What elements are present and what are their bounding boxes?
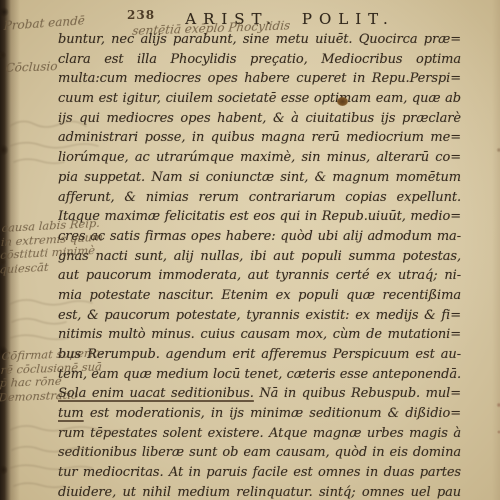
text-segment: tem, eam quæ medium locū tenet, cæteris … (58, 367, 461, 382)
text-line: Sola enim uacat seditionibus. Nā in quib… (58, 384, 461, 404)
text-line: Itaque maximæ felicitatis est eos qui in… (58, 207, 461, 227)
text-segment: Nā in quibus Rebuspub. mul= (254, 386, 461, 401)
ink-blot-stain (337, 97, 348, 106)
book-page-scan: 238 ARIST. POLIT. Probat eandē sentētiā … (0, 0, 500, 500)
hand-underlined-text: Sola enim uacat seditionibus. (58, 386, 254, 401)
text-line: tem, eam quæ medium locū tenet, cæteris … (58, 365, 461, 385)
text-segment: clara est illa Phocylidis preçatio, Medi… (58, 52, 461, 67)
text-segment: cuum est igitur, ciuilem societatē esse … (58, 91, 461, 106)
text-segment: buntur, nec alijs parabunt, sine metu ui… (58, 32, 461, 47)
text-segment: gnas nacti sunt, alij nullas, ibi aut po… (58, 249, 461, 264)
text-line: clara est illa Phocylidis preçatio, Medi… (58, 50, 461, 70)
text-line: aut paucorum immoderata, aut tyrannis ce… (58, 266, 461, 286)
text-line: gnas nacti sunt, alij nullas, ibi aut po… (58, 247, 461, 267)
text-segment: multa:cum mediocres opes habere cuperet … (58, 71, 461, 86)
text-line: afferunt, & nimias rerum contrariarum co… (58, 188, 461, 208)
text-segment: aut paucorum immoderata, aut tyrannis ce… (58, 268, 461, 283)
text-segment: afferunt, & nimias rerum contrariarum co… (58, 190, 461, 205)
bleed-through-marks (4, 112, 119, 176)
text-line: multa:cum mediocres opes habere cuperet … (58, 69, 461, 89)
text-segment: cres ac satis firmas opes habere: quòd u… (58, 229, 461, 244)
folio-number: 238 (127, 8, 155, 22)
page-right-edge (492, 0, 500, 500)
text-line: cuum est igitur, ciuilem societatē esse … (58, 89, 461, 109)
marginal-note-conclusio: Cōclusio (5, 60, 58, 75)
bleed-through-marks (4, 292, 129, 356)
bleed-through-marks (4, 418, 174, 500)
text-line: buntur, nec alijs parabunt, sine metu ui… (58, 30, 461, 50)
text-line: cres ac satis firmas opes habere: quòd u… (58, 227, 461, 247)
text-segment: Itaque maximæ felicitatis est eos qui in… (58, 209, 461, 224)
